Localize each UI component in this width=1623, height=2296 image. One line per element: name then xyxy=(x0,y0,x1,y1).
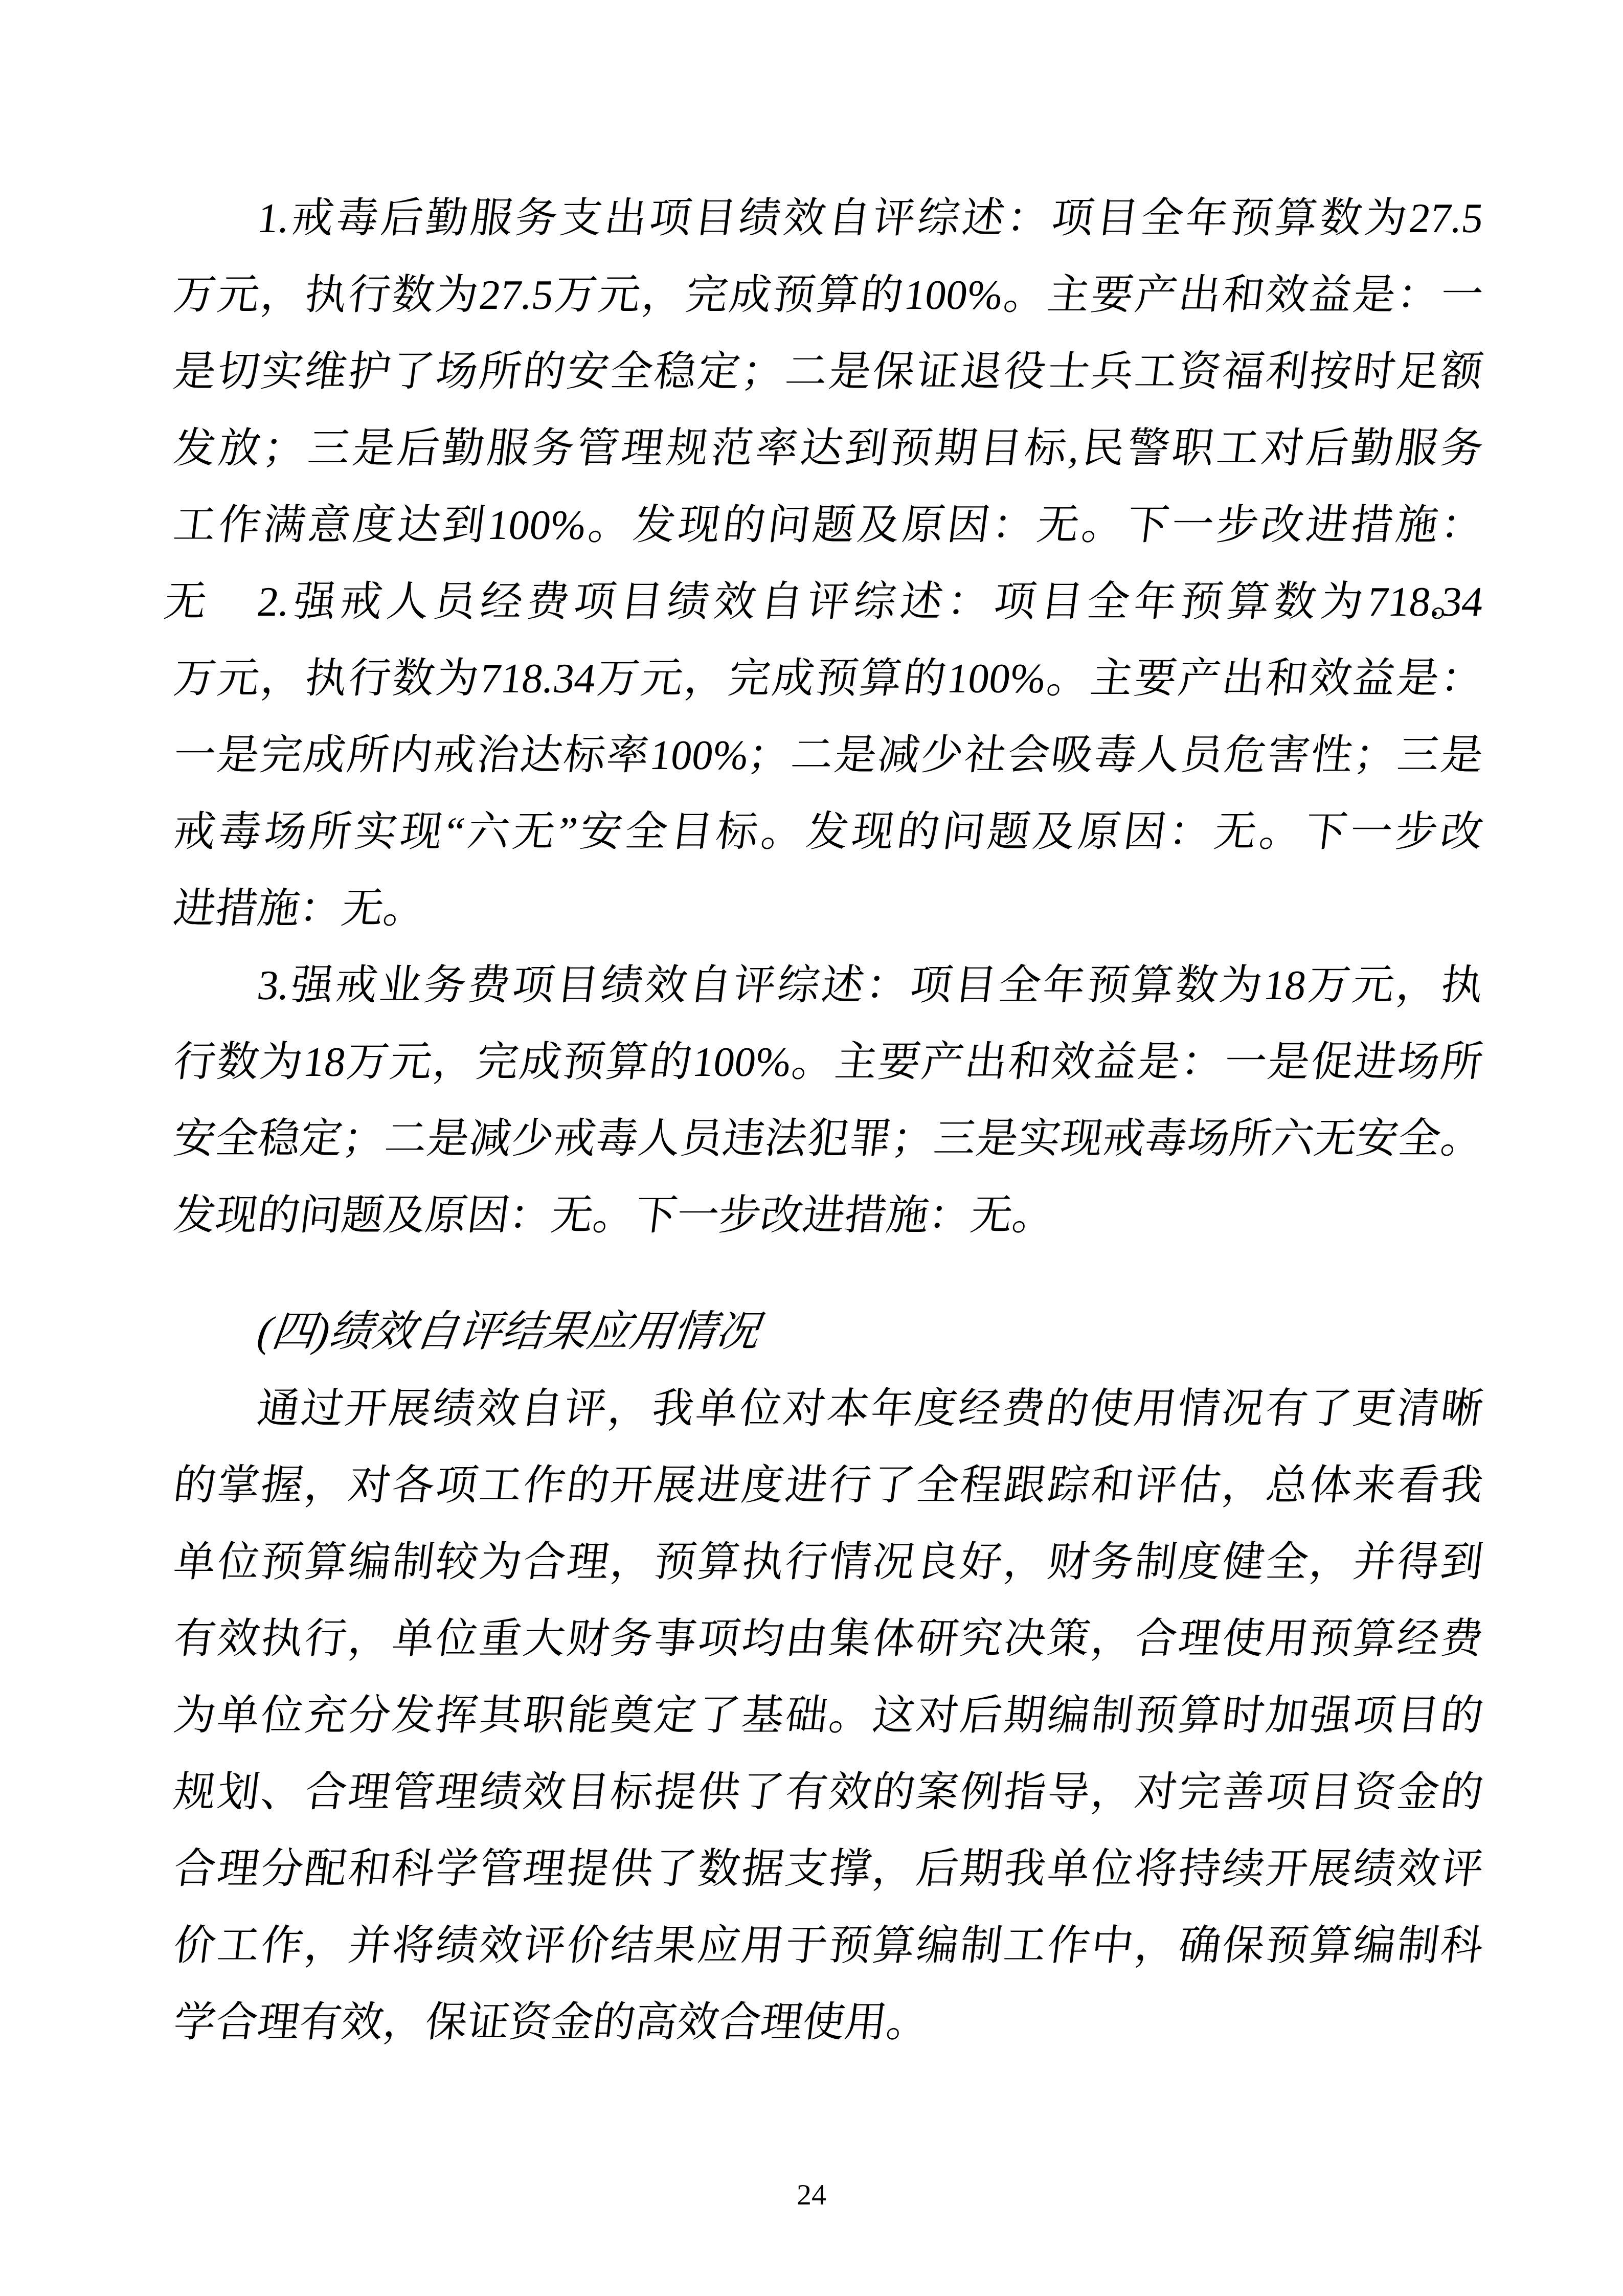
p4-line7: 合理分配和科学管理提供了数据支撑，后期我单位将持续开展绩效评 xyxy=(169,1831,1487,1907)
p1-line4: 发放；三是后勤服务管理规范率达到预期目标,民警职工对后勤服务 xyxy=(169,410,1487,487)
p1-line5: 工作满意度达到100%。发现的问题及原因：无。下一步改进措施：无。 xyxy=(169,487,1487,564)
p4-line6: 规划、合理管理绩效目标提供了有效的案例指导，对完善项目资金的 xyxy=(169,1754,1487,1831)
p2-line2: 万元，执行数为718.34万元，完成预算的100%。主要产出和效益是： xyxy=(169,640,1487,717)
document-body: 1.戒毒后勤服务支出项目绩效自评综述：项目全年预算数为27.5 万元，执行数为2… xyxy=(174,180,1483,2061)
p4-line2: 的掌握，对各项工作的开展进度进行了全程跟踪和评估，总体来看我 xyxy=(169,1447,1487,1524)
p4-line1: 通过开展绩效自评，我单位对本年度经费的使用情况有了更清晰 xyxy=(169,1370,1487,1447)
p1-line3: 是切实维护了场所的安全稳定；二是保证退役士兵工资福利按时足额 xyxy=(169,333,1487,410)
section-heading-4: (四)绩效自评结果应用情况 xyxy=(169,1294,1487,1370)
page-number: 24 xyxy=(0,2174,1623,2215)
document-page: 1.戒毒后勤服务支出项目绩效自评综述：项目全年预算数为27.5 万元，执行数为2… xyxy=(0,0,1623,2296)
p4-line4: 有效执行，单位重大财务事项均由集体研究决策，合理使用预算经费 xyxy=(169,1601,1487,1677)
p2-line3: 一是完成所内戒治达标率100%；二是减少社会吸毒人员危害性；三是 xyxy=(169,717,1487,794)
p3-line2: 行数为18万元，完成预算的100%。主要产出和效益是：一是促进场所 xyxy=(169,1024,1487,1100)
p4-line3: 单位预算编制较为合理，预算执行情况良好，财务制度健全，并得到 xyxy=(169,1524,1487,1601)
p4-line9: 学合理有效，保证资金的高效合理使用。 xyxy=(169,1984,1487,2061)
p1-line2: 万元，执行数为27.5万元，完成预算的100%。主要产出和效益是：一 xyxy=(169,257,1487,333)
p4-line5: 为单位充分发挥其职能奠定了基础。这对后期编制预算时加强项目的 xyxy=(169,1677,1487,1754)
p3-line3: 安全稳定；二是减少戒毒人员违法犯罪；三是实现戒毒场所六无安全。 xyxy=(169,1100,1487,1177)
p4-line8: 价工作，并将绩效评价结果应用于预算编制工作中，确保预算编制科 xyxy=(169,1907,1487,1984)
p1-line1: 1.戒毒后勤服务支出项目绩效自评综述：项目全年预算数为27.5 xyxy=(169,180,1487,257)
p2-line5: 进措施：无。 xyxy=(169,870,1487,947)
p3-line4: 发现的问题及原因：无。下一步改进措施：无。 xyxy=(169,1177,1487,1254)
p3-line1: 3.强戒业务费项目绩效自评综述：项目全年预算数为18万元，执 xyxy=(169,947,1487,1024)
blank-line xyxy=(174,1254,1483,1294)
p2-line1: 2.强戒人员经费项目绩效自评综述：项目全年预算数为718.34 xyxy=(169,564,1487,640)
p2-line4: 戒毒场所实现“六无”安全目标。发现的问题及原因：无。下一步改 xyxy=(169,794,1487,870)
